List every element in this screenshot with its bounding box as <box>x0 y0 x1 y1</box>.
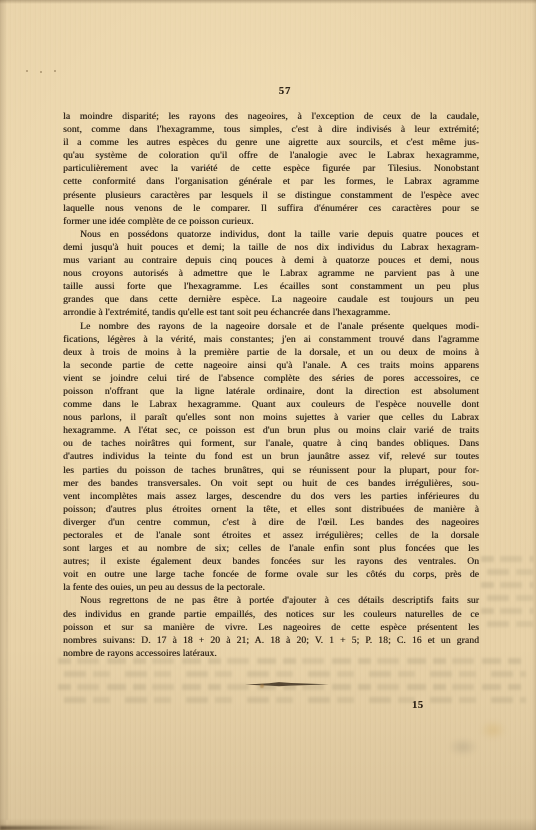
text-line: mer des bandes transversales. On voit se… <box>63 477 479 490</box>
text-line: vent incomplètes mais assez larges, desc… <box>63 490 479 503</box>
text-line: nous croyons autorisés à admettre que le… <box>63 267 479 280</box>
text-line: poisson n'offrant que la ligne latérale … <box>63 385 479 398</box>
tailpiece-rule-ornament <box>245 675 329 682</box>
text-line: Nous regrettons de ne pas être à portée … <box>63 594 479 607</box>
text-line: grandes que dans cette dernière espèce. … <box>63 293 479 306</box>
text-line: la seconde partie de cette nageoire ains… <box>63 359 479 372</box>
text-block: la moindre disparité; les rayons des nag… <box>63 110 479 660</box>
text-line: des individus en grande partie empaillés… <box>63 608 479 621</box>
page-number: 57 <box>279 86 292 97</box>
text-line: nombres suivans: D. 17 à 18 + 20 à 21; A… <box>63 634 479 647</box>
text-line: sont, comme dans l'hexagramme, tous simp… <box>63 123 479 136</box>
text-line: laquelle nous venons de le comparer. Il … <box>63 202 479 215</box>
text-line: les parties du poisson de taches brunâtr… <box>63 464 479 477</box>
text-line: d'autres individus la teinte du fond est… <box>63 450 479 463</box>
text-line: nous parlons, il paraît qu'elles sont no… <box>63 411 479 424</box>
text-line: former une idée complète de ce poisson c… <box>63 215 479 228</box>
text-line: diverger d'un centre commun, c'est à dir… <box>63 516 479 529</box>
text-line: ou de taches noirâtres qui forment, sur … <box>63 437 479 450</box>
text-line: nombre de rayons accessoires latéraux. <box>63 647 479 660</box>
paper-speck <box>40 71 42 73</box>
text-line: poisson; d'autres plus étroites ornent l… <box>63 503 479 516</box>
ghost-line <box>481 621 533 627</box>
text-line: autres; il existe également deux bandes … <box>63 555 479 568</box>
book-page-scan: 57 la moindre disparité; les rayons des … <box>0 0 536 830</box>
paper-stain <box>480 720 506 740</box>
text-line: deux à trois de moins à la première part… <box>63 346 479 359</box>
text-line: hexagramme. A l'état sec, ce poisson est… <box>63 424 479 437</box>
text-line: mus variant au contraire depuis cinq pou… <box>63 254 479 267</box>
ghost-line <box>58 697 526 703</box>
text-line: Nous en possédons quatorze individus, do… <box>63 228 479 241</box>
text-line: fications, légères à la vérité, mais con… <box>63 333 479 346</box>
text-line: la fente des ouies, un peu au dessus de … <box>63 581 479 594</box>
showthrough-ghost-margin <box>481 556 533 634</box>
text-line: comme dans le Labrax hexagramme. Quant a… <box>63 398 479 411</box>
text-line: vient se joindre celui tiré de l'absence… <box>63 372 479 385</box>
text-line: taille aussi forte que l'hexagramme. Les… <box>63 280 479 293</box>
ghost-line <box>481 569 533 575</box>
text-line: poisson et sur sa manière de vivre. Les … <box>63 621 479 634</box>
ink-stain-dot <box>260 684 264 688</box>
scan-corner-shadow <box>0 826 115 830</box>
text-line: voit en outre une large tache foncée de … <box>63 568 479 581</box>
text-line: pectorales et de l'anale sont étroites e… <box>63 529 479 542</box>
text-line: cette conformité dans l'organisation gén… <box>63 175 479 188</box>
text-line: il a comme les autres espèces du genre u… <box>63 136 479 149</box>
text-line: qu'au système de coloration qu'il offre … <box>63 149 479 162</box>
scan-edge-top <box>0 0 536 4</box>
ghost-line <box>481 595 533 601</box>
paper-speck <box>26 70 28 72</box>
text-line: présente plusieurs caractères par lesque… <box>63 189 479 202</box>
text-line: particulièrement avec la variété de cett… <box>63 162 479 175</box>
text-line: la moindre disparité; les rayons des nag… <box>63 110 479 123</box>
ghost-line <box>481 582 533 588</box>
text-line: Le nombre des rayons de la nageoire dors… <box>63 320 479 333</box>
text-line: arrondie à l'extrémité, tandis qu'elle e… <box>63 306 479 319</box>
ghost-line <box>481 556 533 562</box>
text-line: sont larges et au nombre de six; celles … <box>63 542 479 555</box>
scan-edge-right <box>531 0 536 830</box>
paper-smudge <box>448 738 478 756</box>
signature-mark: 15 <box>412 700 424 711</box>
ghost-line <box>481 608 533 614</box>
paper-speck <box>54 70 56 72</box>
paper-crease <box>6 380 8 820</box>
text-line: demi jusqu'à huit pouces et demi; la tai… <box>63 241 479 254</box>
